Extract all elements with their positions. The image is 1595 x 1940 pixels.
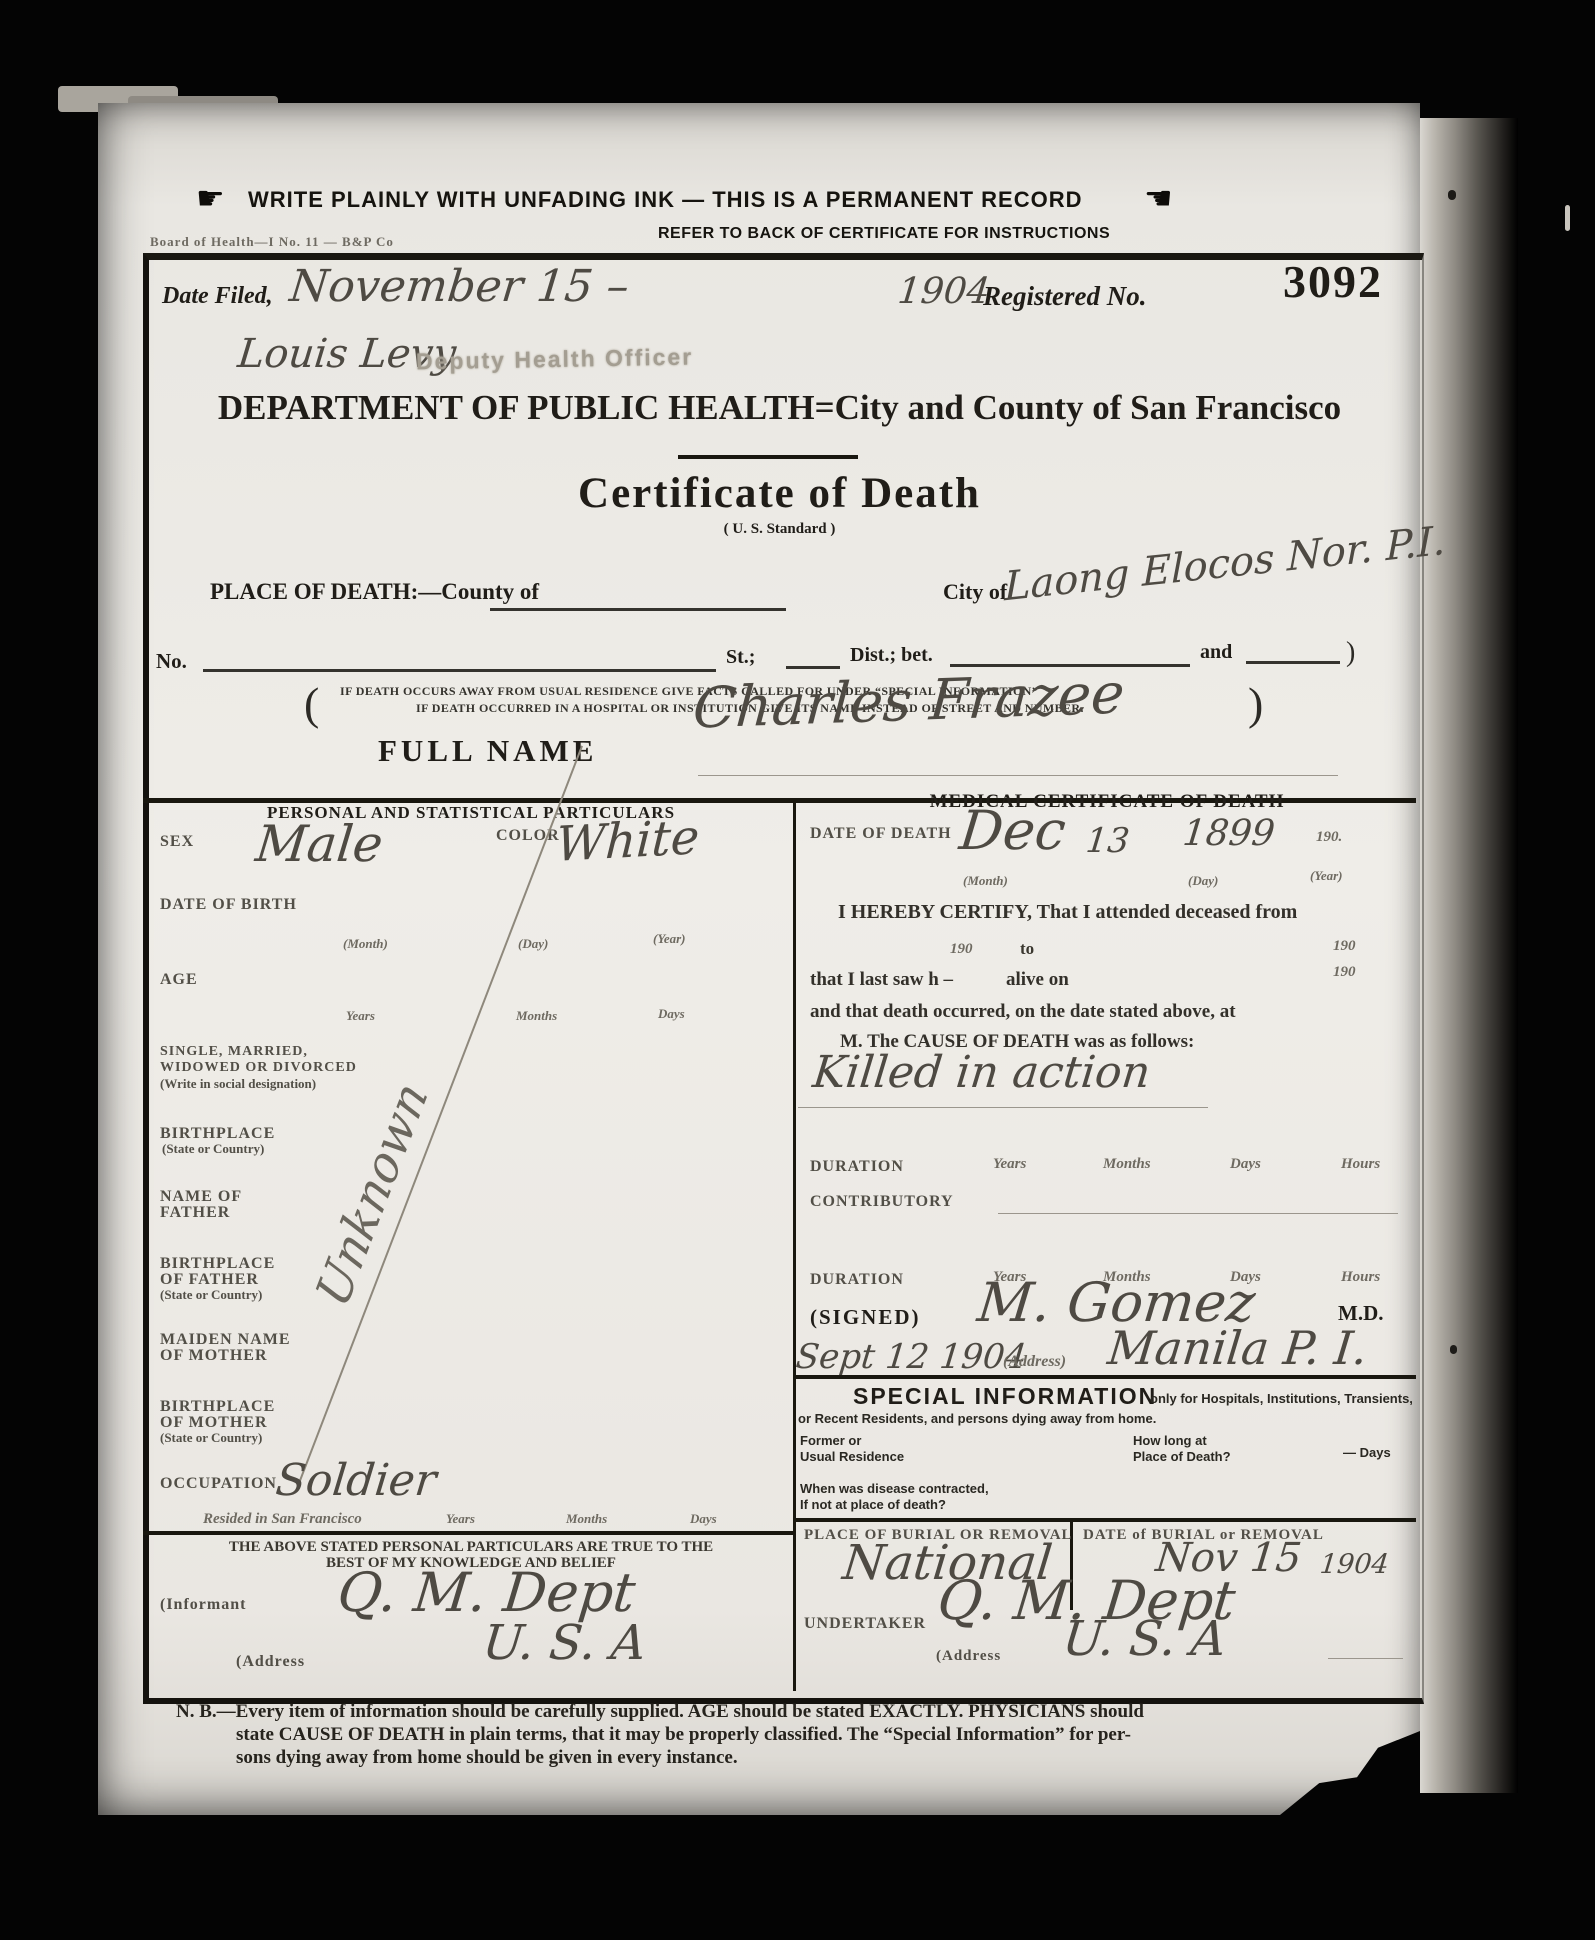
sex-label: SEX [160, 833, 194, 851]
burial-year-handwriting: 1904 [1318, 1549, 1390, 1580]
informant-address-handwriting: U. S. A [480, 1615, 649, 1671]
burial-section-rule [793, 1518, 1416, 1522]
row-close-paren: ) [1346, 637, 1355, 669]
informant-label: (Informant [160, 1596, 246, 1614]
last-saw-190: 190 [1333, 964, 1356, 981]
former-residence-label-line1: Former or [800, 1433, 861, 1448]
dist-blank-line [786, 666, 840, 669]
resided-days-sublabel: Days [690, 1511, 717, 1527]
occupation-label: OCCUPATION [160, 1475, 277, 1493]
special-info-note2: or Recent Residents, and persons dying a… [798, 1411, 1156, 1426]
disease-contracted-label-line1: When was disease contracted, [800, 1481, 989, 1496]
occupation-handwriting: Soldier [273, 1455, 438, 1506]
attest-rule [143, 1531, 793, 1535]
dod-year-sublabel: (Year) [1310, 868, 1343, 884]
page-edge-mark [1450, 1345, 1457, 1354]
full-name-blank-line [698, 775, 1338, 776]
department-title: DEPARTMENT OF PUBLIC HEALTH=City and Cou… [143, 388, 1416, 428]
signed-label: (SIGNED) [810, 1305, 921, 1330]
death-occurred-line: and that death occurred, on the date sta… [810, 1001, 1236, 1023]
note-close-paren: ) [1248, 677, 1263, 730]
last-saw-line: that I last saw h – [810, 969, 953, 991]
death-day-handwriting: 13 [1084, 821, 1131, 861]
attest-line1: THE ABOVE STATED PERSONAL PARTICULARS AR… [149, 1539, 793, 1556]
dod-month-sublabel: (Month) [963, 873, 1008, 889]
printed-190-year: 190. [1316, 829, 1342, 846]
date-of-death-label: DATE OF DEATH [810, 825, 952, 843]
certificate-title: Certificate of Death [143, 469, 1416, 518]
days-label: — Days [1343, 1445, 1391, 1460]
medical-section-title: MEDICAL CERTIFICATE OF DEATH [798, 791, 1416, 813]
special-info-title: SPECIAL INFORMATION [853, 1383, 1157, 1410]
contributory-blank-line [998, 1213, 1398, 1214]
resided-years-sublabel: Years [446, 1511, 475, 1527]
undertaker-address-blank [1328, 1658, 1403, 1659]
marital-sublabel: (Write in social designation) [160, 1076, 316, 1092]
duration1-hours: Hours [1341, 1156, 1380, 1173]
duration1-days: Days [1230, 1156, 1261, 1173]
deputy-health-officer-stamp: Deputy Health Officer [416, 344, 694, 376]
dob-year-sublabel: (Year) [653, 931, 686, 947]
contributory-label: CONTRIBUTORY [810, 1193, 954, 1211]
registered-no-label: Registered No. [983, 281, 1146, 312]
date-filed-handwriting: November 15 – [287, 261, 631, 312]
death-certificate-scan: ☛ WRITE PLAINLY WITH UNFADING INK — THIS… [0, 0, 1595, 1940]
duration1-months: Months [1103, 1156, 1151, 1173]
former-residence-label-line2: Usual Residence [800, 1449, 904, 1464]
age-months-sublabel: Months [516, 1008, 557, 1024]
date-filed-label: Date Filed, [162, 283, 273, 310]
alive-on-label: alive on [1006, 969, 1069, 991]
marital-label-line2: WIDOWED OR DIVORCED [160, 1060, 357, 1076]
street-blank-line [203, 669, 716, 672]
dob-month-sublabel: (Month) [343, 936, 388, 952]
date-of-birth-label: DATE OF BIRTH [160, 896, 297, 914]
mother-name-label-line2: OF MOTHER [160, 1347, 268, 1365]
death-month-handwriting: Dec [957, 799, 1069, 862]
mother-birthplace-sublabel: (State or Country) [160, 1430, 262, 1446]
duration1-years: Years [993, 1156, 1026, 1173]
age-label: AGE [160, 971, 198, 989]
nb-footer-line2: state CAUSE OF DEATH in plain terms, tha… [236, 1724, 1131, 1746]
resided-label: Resided in San Francisco [203, 1511, 362, 1528]
dist-bet-label: Dist.; bet. [850, 644, 933, 667]
pointing-hand-right-icon: ☛ [196, 179, 225, 217]
color-handwriting: White [555, 809, 701, 873]
how-long-label-line1: How long at [1133, 1433, 1207, 1448]
certify-190-from: 190 [950, 941, 973, 958]
form-code: Board of Health—I No. 11 — B&P Co [150, 234, 394, 250]
full-name-label: FULL NAME [378, 733, 597, 769]
duration1-label: DURATION [810, 1158, 904, 1176]
resided-months-sublabel: Months [566, 1511, 607, 1527]
disease-contracted-label-line2: If not at place of death? [800, 1497, 946, 1512]
and-label: and [1200, 641, 1232, 664]
certify-line: I HEREBY CERTIFY, That I attended deceas… [838, 901, 1297, 924]
father-birthplace-sublabel: (State or Country) [160, 1287, 262, 1303]
page-corner-shadow [1280, 1731, 1420, 1815]
cause-of-death-handwriting: Killed in action [810, 1047, 1153, 1098]
registered-no-value: 3092 [1283, 255, 1383, 308]
age-days-sublabel: Days [658, 1006, 685, 1022]
certificate-sheet: ☛ WRITE PLAINLY WITH UNFADING INK — THIS… [98, 103, 1420, 1815]
page-edge-mark [1448, 190, 1456, 200]
banner-text: WRITE PLAINLY WITH UNFADING INK — THIS I… [248, 187, 1083, 213]
st-label: St.; [726, 646, 755, 669]
margin-mark [1565, 205, 1570, 231]
certify-190-to: 190 [1333, 938, 1356, 955]
death-year-handwriting: 1899 [1181, 813, 1277, 854]
informant-address-label: (Address [236, 1653, 305, 1671]
birthplace-sublabel: (State or Country) [162, 1141, 264, 1157]
note-open-paren: ( [304, 677, 319, 730]
sex-handwriting: Male [253, 815, 386, 873]
refer-instructions: REFER TO BACK OF CERTIFICATE FOR INSTRUC… [658, 225, 1100, 243]
date-filed-year-handwriting: 1904 [896, 271, 992, 312]
county-blank-line [490, 608, 786, 611]
undertaker-address-handwriting: U. S. A [1060, 1611, 1229, 1667]
marital-label-line1: SINGLE, MARRIED, [160, 1044, 308, 1060]
how-long-label-line2: Place of Death? [1133, 1449, 1231, 1464]
place-of-death-label: PLACE OF DEATH:—County of [210, 579, 539, 605]
certify-to: to [1020, 939, 1034, 959]
father-name-label-line2: FATHER [160, 1204, 230, 1222]
undertaker-label: UNDERTAKER [804, 1615, 926, 1633]
pointing-hand-left-icon: ☚ [1144, 179, 1173, 217]
column-divider [793, 798, 796, 1691]
special-info-rule [793, 1375, 1416, 1379]
nb-footer-line3: sons dying away from home should be give… [236, 1747, 738, 1769]
signed-address-label: (Address) [1003, 1353, 1066, 1371]
and-blank-line [1246, 661, 1340, 664]
age-years-sublabel: Years [346, 1008, 375, 1024]
signed-address-handwriting: Manila P. I. [1105, 1321, 1370, 1375]
city-of-label: City of [943, 579, 1007, 605]
signed-date-handwriting: Sept 12 1904 [794, 1337, 1028, 1377]
dob-day-sublabel: (Day) [518, 936, 548, 952]
us-standard-note: ( U. S. Standard ) [143, 521, 1416, 538]
undertaker-address-label: (Address [936, 1648, 1001, 1665]
duration2-label: DURATION [810, 1271, 904, 1289]
no-label: No. [156, 649, 187, 674]
special-info-note1: only for Hospitals, Institutions, Transi… [1150, 1391, 1413, 1406]
title-underline [678, 455, 858, 459]
duration2-hours: Hours [1341, 1269, 1380, 1286]
book-page-edges [1420, 118, 1518, 1793]
nb-footer-line1: N. B.—Every item of information should b… [176, 1701, 1144, 1723]
cause-blank-line [798, 1107, 1208, 1108]
dod-day-sublabel: (Day) [1188, 873, 1218, 889]
